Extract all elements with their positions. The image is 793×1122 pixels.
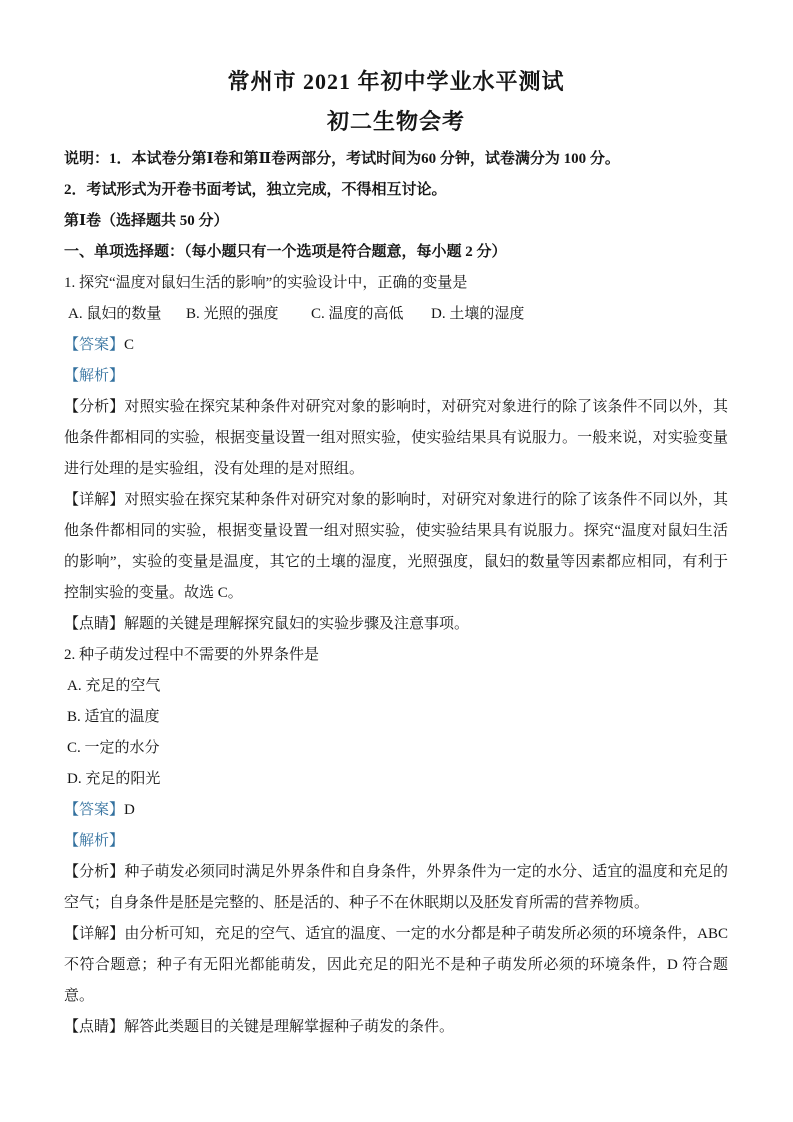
question-2-block: 2. 种子萌发过程中不需要的外界条件是 A. 充足的空气 B. 适宜的温度 C.… (64, 640, 728, 1043)
question-1-option-d: D. 土壤的湿度 (431, 299, 728, 330)
question-1-options-row: A. 鼠妇的数量 B. 光照的强度 C. 温度的高低 D. 土壤的湿度 (64, 299, 728, 330)
question-2-answer-line: 【答案】D (64, 795, 728, 826)
question-1-option-a: A. 鼠妇的数量 (68, 299, 186, 330)
instructions-line-2: 2．考试形式为开卷书面考试，独立完成，不得相互讨论。 (64, 175, 728, 206)
question-1-analysis-block-header: 【解析】 (64, 361, 728, 392)
section-header: 一、单项选择题：（每小题只有一个选项是符合题意，每小题 2 分） (64, 237, 728, 268)
question-1-detail-text: 对照实验在探究某种条件对研究对象的影响时，对研究对象进行的除了该条件不同以外，其… (64, 492, 728, 601)
question-1-block: 1. 探究“温度对鼠妇生活的影响”的实验设计中，正确的变量是 A. 鼠妇的数量 … (64, 268, 728, 640)
answer-label: 【答案】 (64, 802, 124, 818)
point-label: 【点睛】 (64, 1019, 124, 1035)
volume-header: 第Ⅰ卷（选择题共 50 分） (64, 206, 728, 237)
question-2-detail-text: 由分析可知，充足的空气、适宜的温度、一定的水分都是种子萌发所必须的环境条件，AB… (64, 926, 728, 1004)
instructions-line-1: 说明：1．本试卷分第Ⅰ卷和第Ⅱ卷两部分，考试时间为60 分钟，试卷满分为 100… (64, 144, 728, 175)
question-2-option-b: B. 适宜的温度 (64, 702, 728, 733)
analysis-block-label: 【解析】 (64, 833, 124, 849)
document-page: 常州市 2021 年初中学业水平测试 初二生物会考 说明：1．本试卷分第Ⅰ卷和第… (0, 0, 793, 1122)
document-body: 说明：1．本试卷分第Ⅰ卷和第Ⅱ卷两部分，考试时间为60 分钟，试卷满分为 100… (64, 144, 728, 1043)
question-2-analysis-paragraph: 【分析】种子萌发必须同时满足外界条件和自身条件，外界条件为一定的水分、适宜的温度… (64, 857, 728, 919)
analysis-label: 【分析】 (64, 399, 124, 415)
question-1-stem: 1. 探究“温度对鼠妇生活的影响”的实验设计中，正确的变量是 (64, 268, 728, 299)
question-2-option-a: A. 充足的空气 (64, 671, 728, 702)
question-1-point-paragraph: 【点睛】解题的关键是理解探究鼠妇的实验步骤及注意事项。 (64, 609, 728, 640)
question-1-analysis-paragraph: 【分析】对照实验在探究某种条件对研究对象的影响时，对研究对象进行的除了该条件不同… (64, 392, 728, 485)
detail-label: 【详解】 (64, 492, 124, 508)
page-subtitle: 初二生物会考 (64, 102, 728, 142)
question-2-option-d: D. 充足的阳光 (64, 764, 728, 795)
question-2-answer-value: D (124, 802, 135, 818)
analysis-label: 【分析】 (64, 864, 124, 880)
question-2-point-paragraph: 【点睛】解答此类题目的关键是理解掌握种子萌发的条件。 (64, 1012, 728, 1043)
question-2-analysis-text: 种子萌发必须同时满足外界条件和自身条件，外界条件为一定的水分、适宜的温度和充足的… (64, 864, 728, 911)
question-1-answer-value: C (124, 337, 134, 353)
page-title: 常州市 2021 年初中学业水平测试 (64, 62, 728, 102)
question-1-option-c: C. 温度的高低 (311, 299, 431, 330)
question-1-answer-line: 【答案】C (64, 330, 728, 361)
question-1-option-b: B. 光照的强度 (186, 299, 311, 330)
question-2-detail-paragraph: 【详解】由分析可知，充足的空气、适宜的温度、一定的水分都是种子萌发所必须的环境条… (64, 919, 728, 1012)
question-2-point-text: 解答此类题目的关键是理解掌握种子萌发的条件。 (124, 1019, 454, 1035)
question-2-option-c: C. 一定的水分 (64, 733, 728, 764)
question-1-analysis-text: 对照实验在探究某种条件对研究对象的影响时，对研究对象进行的除了该条件不同以外，其… (64, 399, 728, 477)
question-1-point-text: 解题的关键是理解探究鼠妇的实验步骤及注意事项。 (124, 616, 469, 632)
detail-label: 【详解】 (64, 926, 124, 942)
question-2-analysis-block-header: 【解析】 (64, 826, 728, 857)
analysis-block-label: 【解析】 (64, 368, 124, 384)
answer-label: 【答案】 (64, 337, 124, 353)
point-label: 【点睛】 (64, 616, 124, 632)
question-2-stem: 2. 种子萌发过程中不需要的外界条件是 (64, 640, 728, 671)
question-1-detail-paragraph: 【详解】对照实验在探究某种条件对研究对象的影响时，对研究对象进行的除了该条件不同… (64, 485, 728, 609)
